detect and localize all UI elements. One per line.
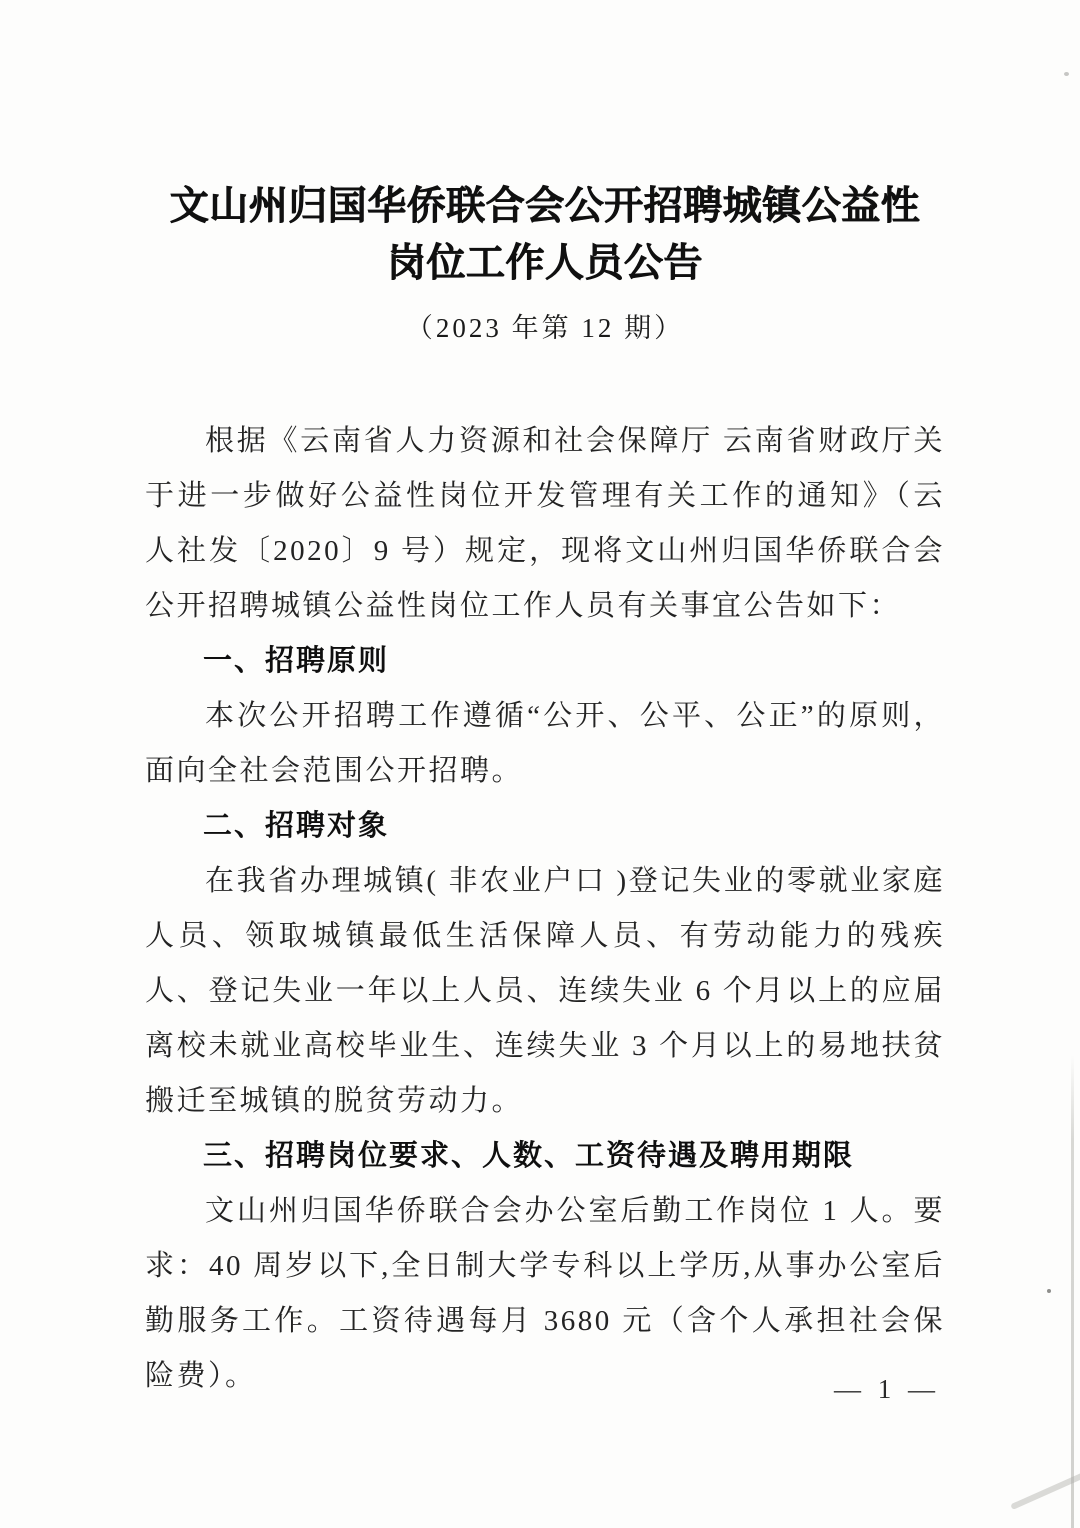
section-2-paragraph: 在我省办理城镇( 非农业户口 )登记失业的零就业家庭人员、领取城镇最低生活保障人… (145, 854, 945, 1129)
title-line-1: 文山州归国华侨联合会公开招聘城镇公益性 (145, 178, 945, 235)
intro-paragraph: 根据《云南省人力资源和社会保障厅 云南省财政厅关于进一步做好公益性岗位开发管理有… (145, 414, 945, 634)
scan-speck (1064, 72, 1069, 76)
section-3-paragraph: 文山州归国华侨联合会办公室后勤工作岗位 1 人。要求：40 周岁以下,全日制大学… (145, 1184, 945, 1404)
section-3-heading: 三、招聘岗位要求、人数、工资待遇及聘用期限 (145, 1129, 945, 1184)
issue-number: （2023 年第 12 期） (145, 308, 945, 348)
page-number: — 1 — (834, 1374, 940, 1405)
document-content: 文山州归国华侨联合会公开招聘城镇公益性 岗位工作人员公告 （2023 年第 12… (145, 0, 945, 1404)
scan-corner-artifact (1010, 1472, 1080, 1510)
section-1-heading: 一、招聘原则 (145, 634, 945, 689)
scan-edge-artifact (1071, 1055, 1074, 1528)
section-2-heading: 二、招聘对象 (145, 799, 945, 854)
scan-speck (1047, 1289, 1051, 1293)
title-line-2: 岗位工作人员公告 (145, 235, 945, 292)
section-1-paragraph: 本次公开招聘工作遵循“公开、公平、公正”的原则，面向全社会范围公开招聘。 (145, 689, 945, 799)
document-body: 根据《云南省人力资源和社会保障厅 云南省财政厅关于进一步做好公益性岗位开发管理有… (145, 414, 945, 1404)
document-title: 文山州归国华侨联合会公开招聘城镇公益性 岗位工作人员公告 (145, 0, 945, 292)
document-page: 文山州归国华侨联合会公开招聘城镇公益性 岗位工作人员公告 （2023 年第 12… (0, 0, 1080, 1528)
